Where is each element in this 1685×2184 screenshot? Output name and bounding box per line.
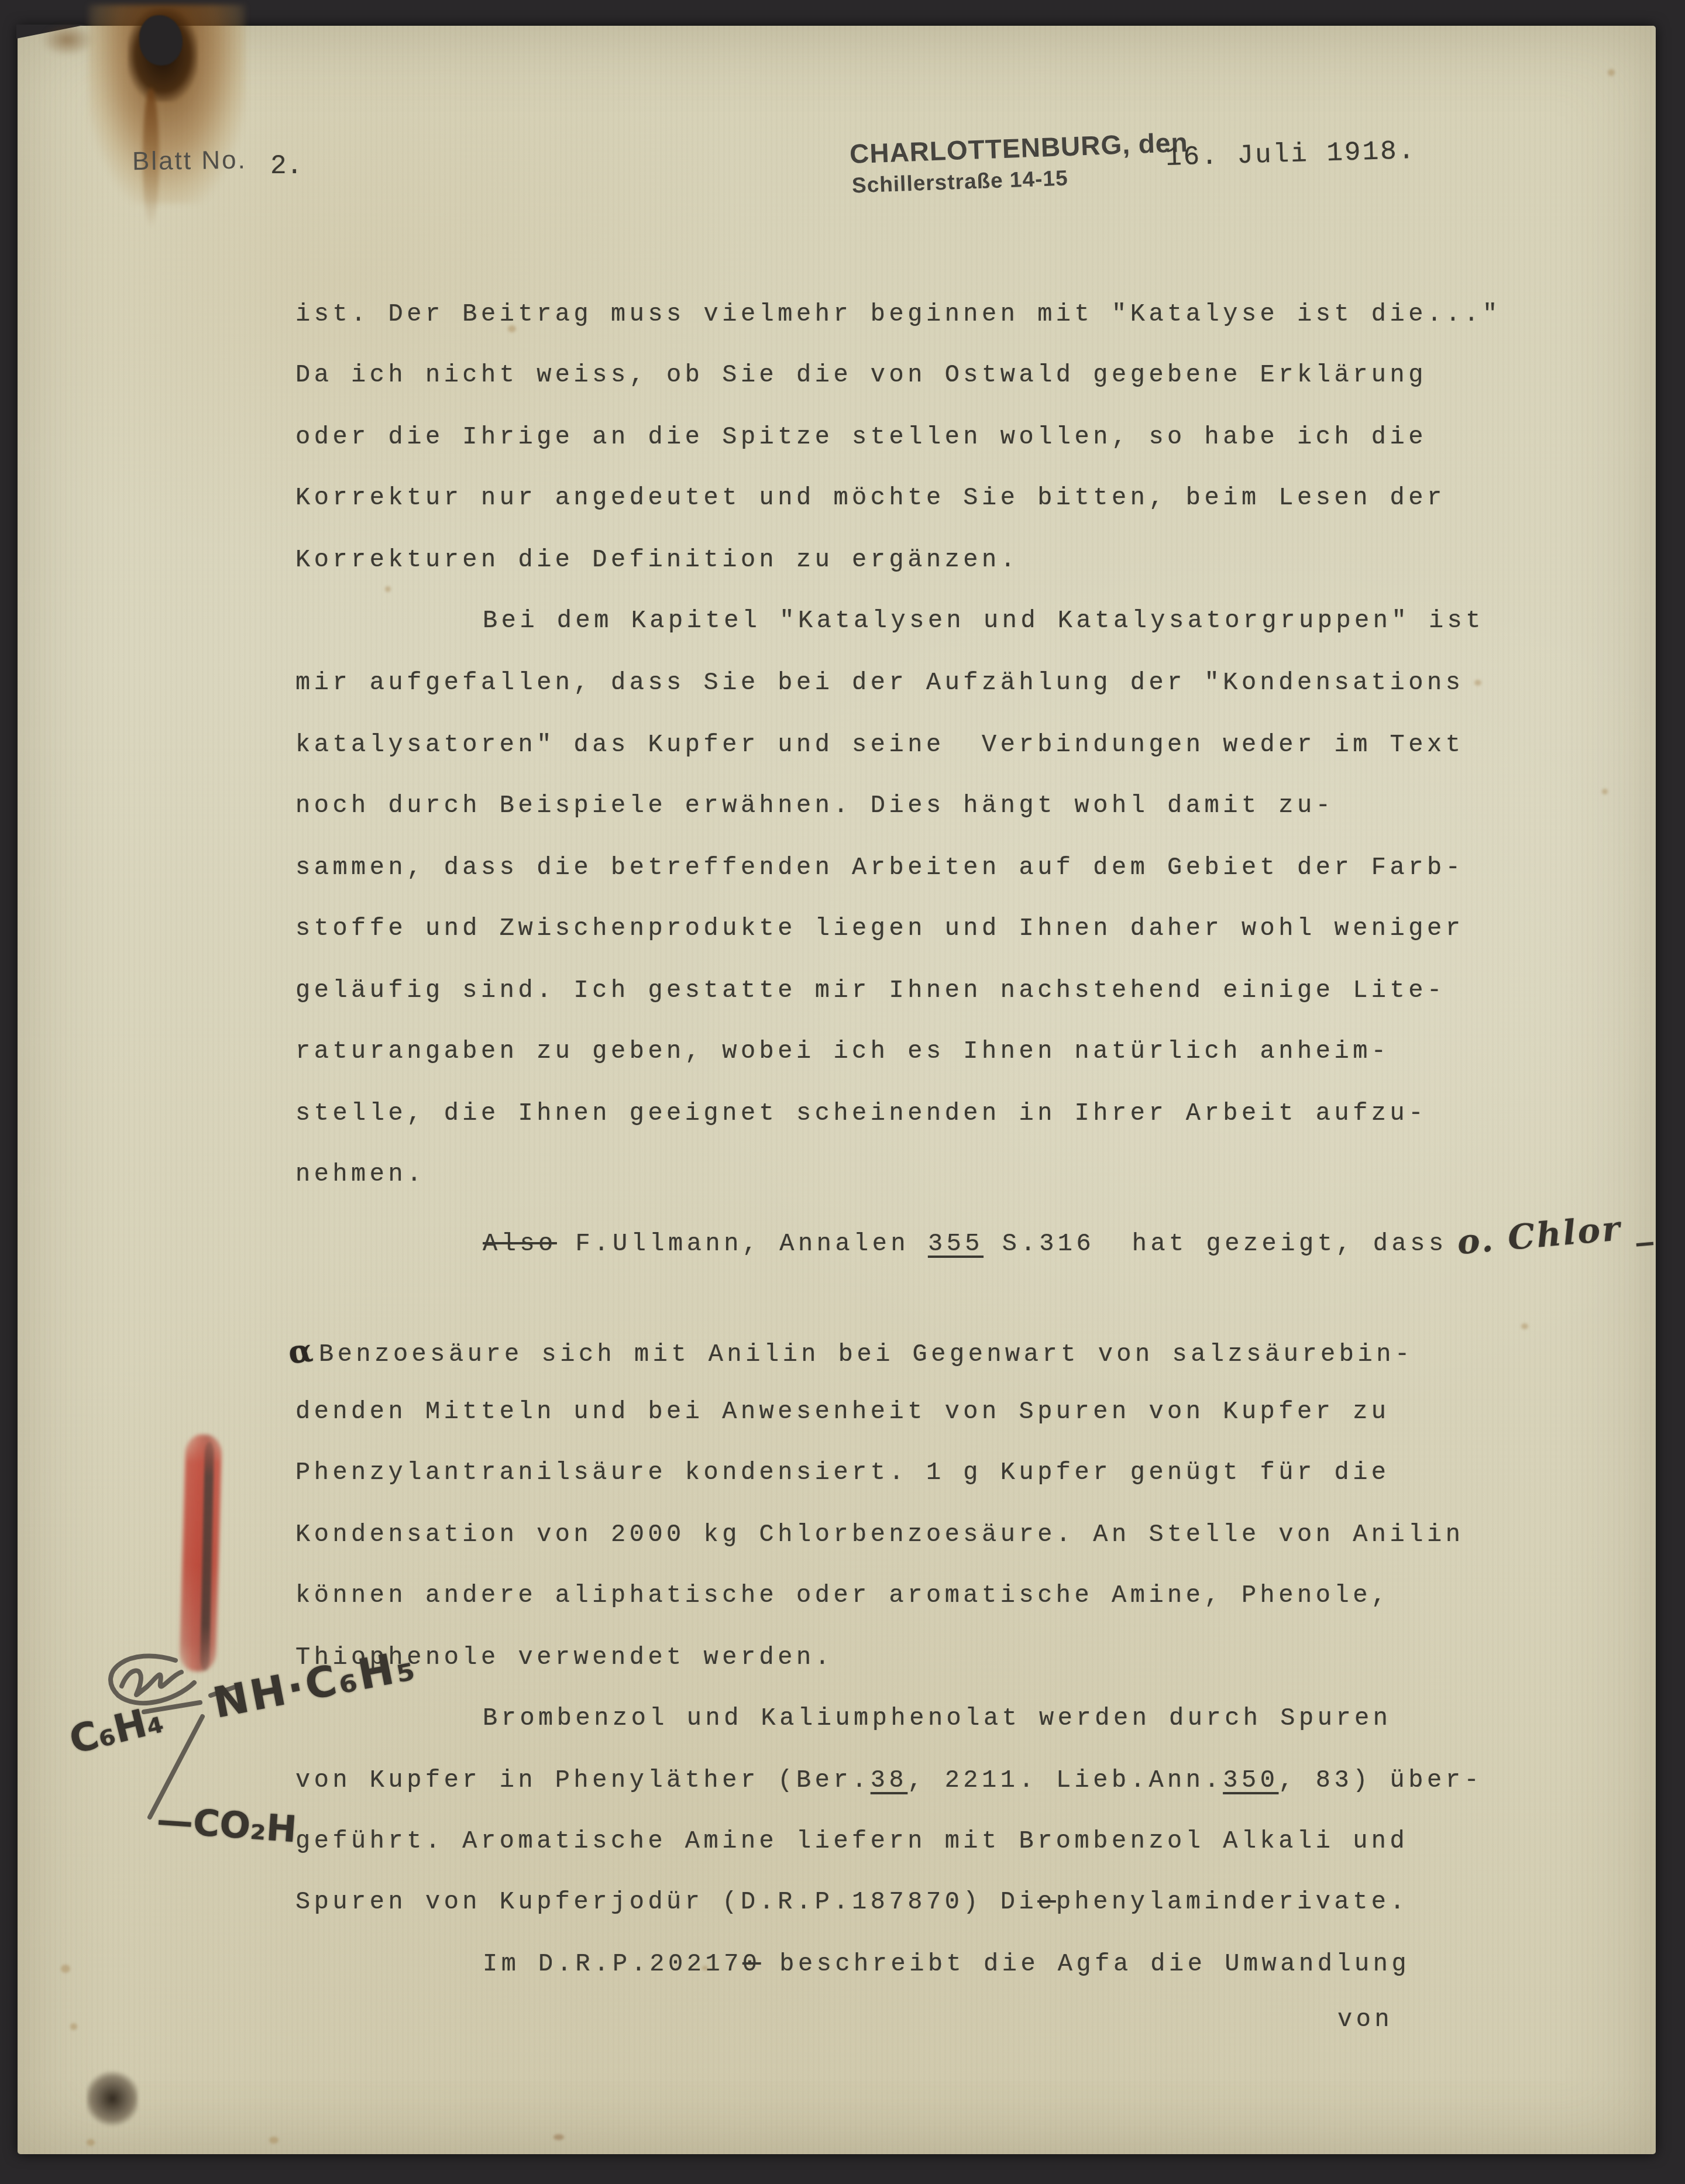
typed-line-benzoesaeure: αBenzoesäure sich mit Anilin bei Gegenwa… [295,1332,1577,1373]
line-text: Spuren von Kupferjodür (D.R.P.187870) Di [295,1888,1037,1916]
line-text: geläufig sind. Ich gestatte mir Ihnen na… [295,976,1446,1005]
foxing-spot [702,1966,708,1970]
line-text: Benzoesäure sich mit Anilin bei Gegenwar… [319,1340,1414,1368]
line-text: Im D.R.P.20217 [483,1950,742,1978]
struck-word: Also [483,1230,557,1258]
typed-line: raturangaben zu geben, wobei ich es Ihne… [295,1033,1577,1069]
foxing-spot [1602,789,1608,795]
typed-line: Da ich nicht weiss, ob Sie die von Ostwa… [295,357,1577,393]
typed-line: stelle, die Ihnen geeignet scheinenden i… [295,1095,1577,1131]
typed-line: katalysatoren" das Kupfer und seine Verb… [295,727,1577,763]
line-text: phenylaminderivate. [1056,1888,1408,1916]
typed-line: Thiophenole verwendet werden. [295,1639,1577,1676]
foxing-spot [1608,69,1615,76]
line-text: Bei dem Kapitel "Katalysen und Katalysat… [483,607,1484,635]
line-text: beschreibt die Agfa die Umwandlung [761,1950,1411,1978]
line-text: sammen, dass die betreffenden Arbeiten a… [295,854,1464,882]
typed-line-literature: von Kupfer in Phenyläther (Ber.38, 2211.… [295,1762,1577,1798]
typed-line: geführt. Aromatische Amine liefern mit B… [295,1823,1577,1859]
line-text: S.316 hat gezeigt, dass [984,1230,1447,1258]
typed-line: können andere aliphatische oder aromatis… [295,1577,1577,1614]
typed-line-ullmann: Also F.Ullmann, Annalen 355 S.316 hat ge… [295,1220,1685,1262]
line-text: von Kupfer in Phenyläther (Ber. [295,1766,871,1794]
typed-line: denden Mitteln und bei Anwesenheit von S… [295,1394,1577,1430]
foxing-spot [61,1965,70,1973]
line-text: Da ich nicht weiss, ob Sie die von Ostwa… [295,361,1427,389]
line-text: , 2211. Lieb.Ann. [907,1766,1223,1794]
line-text: stoffe und Zwischenprodukte liegen und I… [295,914,1464,943]
struck-letter: e [1037,1888,1056,1916]
line-text: , 83) über- [1278,1766,1483,1794]
sheet-label: Blatt No. [132,146,247,177]
typed-line-patent: Spuren von Kupferjodür (D.R.P.187870) Di… [295,1884,1577,1920]
line-text: geführt. Aromatische Amine liefern mit B… [295,1827,1408,1855]
scanned-letter-page: { "colors": { "backing": "#2a282a", "pap… [0,0,1685,2184]
typed-line: sammen, dass die betreffenden Arbeiten a… [295,849,1577,886]
typed-line: Brombenzol und Kaliumphenolat werden dur… [295,1700,1685,1736]
sheet-label-text: Blatt No. [132,146,247,176]
typed-line: Phenzylantranilsäure kondensiert. 1 g Ku… [295,1454,1577,1491]
foxing-spot [87,2139,95,2146]
typed-line: stoffe und Zwischenprodukte liegen und I… [295,910,1577,947]
catchword: von [1337,2006,1393,2034]
handwritten-alpha-mark: α [287,1332,318,1371]
typed-line: Kondensation von 2000 kg Chlorbenzoesäur… [295,1516,1577,1553]
underlined-number: 350 [1223,1766,1278,1794]
ink-blot-stain [87,2070,138,2127]
foxing-spot [70,2023,77,2030]
typed-line: Korrekturen die Definition zu ergänzen. [295,542,1577,578]
line-text: ist. Der Beitrag muss vielmehr beginnen … [295,300,1501,328]
typed-line: mir aufgefallen, dass Sie bei der Aufzäh… [295,665,1577,701]
corner-singe [41,23,94,56]
foxing-spot [385,586,391,592]
struck-digit: 0 [742,1950,761,1978]
typed-line: nehmen. [295,1156,1577,1192]
underlined-number: 38 [871,1766,907,1794]
underlined-number: 355 [928,1230,984,1258]
typed-line: noch durch Beispiele erwähnen. Dies häng… [295,787,1577,824]
foxing-spot [1474,680,1481,686]
typed-line: geläufig sind. Ich gestatte mir Ihnen na… [295,972,1577,1009]
line-text: können andere aliphatische oder aromatis… [295,1581,1390,1609]
typed-line: Korrektur nur angedeutet und möchte Sie … [295,480,1577,516]
foxing-spot [1521,1323,1528,1329]
line-text: Korrektur nur angedeutet und möchte Sie … [295,484,1446,512]
typed-line: oder die Ihrige an die Spitze stellen wo… [295,419,1577,455]
line-text: Kondensation von 2000 kg Chlorbenzoesäur… [295,1521,1464,1549]
line-text: Korrekturen die Definition zu ergänzen. [295,546,1019,574]
typed-line: ist. Der Beitrag muss vielmehr beginnen … [295,296,1577,332]
line-text: denden Mitteln und bei Anwesenheit von S… [295,1398,1390,1426]
line-text: Phenzylantranilsäure kondensiert. 1 g Ku… [295,1459,1390,1487]
foxing-spot [508,325,516,332]
typed-line-agfa: Im D.R.P.202170 beschreibt die Agfa die … [295,1946,1685,1982]
line-text: nehmen. [295,1160,425,1188]
foxing-spot [269,2137,278,2144]
line-text: oder die Ihrige an die Spitze stellen wo… [295,423,1427,451]
line-text: mir aufgefallen, dass Sie bei der Aufzäh… [295,669,1464,697]
burn-hole [139,15,183,66]
line-text: stelle, die Ihnen geeignet scheinenden i… [295,1099,1427,1127]
sheet-number: 2. [270,151,302,181]
line-text: Brombenzol und Kaliumphenolat werden dur… [483,1704,1392,1732]
line-text: F.Ullmann, Annalen [557,1230,928,1258]
foxing-spot [553,2134,564,2140]
line-text: noch durch Beispiele erwähnen. Dies häng… [295,792,1334,820]
line-text: raturangaben zu geben, wobei ich es Ihne… [295,1037,1390,1065]
line-text: katalysatoren" das Kupfer und seine Verb… [295,731,1464,759]
typed-line: Bei dem Kapitel "Katalysen und Katalysat… [295,603,1685,639]
